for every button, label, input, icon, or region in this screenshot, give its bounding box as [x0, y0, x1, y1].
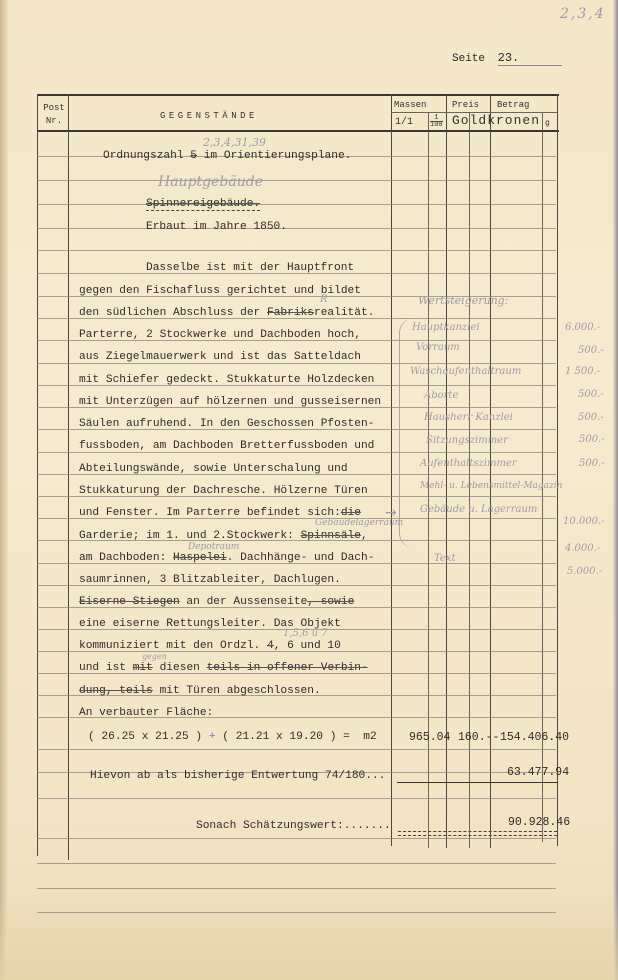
- page-label: Seite: [452, 53, 485, 65]
- preis-value: 160.--: [458, 731, 499, 744]
- pencil-brace: [399, 318, 414, 548]
- plus-sign: +: [209, 731, 216, 743]
- building-name: Spinnereigebäude.: [146, 198, 260, 210]
- header-post-nr: Post Nr.: [41, 102, 67, 128]
- pencil-item-value: 500.-: [578, 345, 604, 356]
- deduction-label: Hievon ab als bisherige Entwertung 74/18…: [90, 770, 385, 782]
- building-pencil-note: Hauptgebäude: [158, 174, 263, 190]
- header-preis: Preis: [452, 100, 479, 110]
- total-double-underline: [398, 831, 557, 836]
- paragraph-line: mit Schiefer gedeckt. Stukkaturte Holzde…: [79, 374, 374, 386]
- pencil-item-label: Text: [434, 553, 455, 564]
- table-header-border: [37, 130, 559, 132]
- table-top-border: [37, 94, 559, 96]
- paragraph-line: aus Ziegelmauerwerk und ist das Sattelda…: [79, 351, 361, 363]
- paragraph-line: mit Unterzügen auf hölzernen und gusseis…: [79, 396, 381, 408]
- area-formula: ( 26.25 x 21.25 ) + ( 21.21 x 19.20 ) = …: [88, 731, 377, 743]
- ordnungszahl-line: Ordnungszahl 5 im Orientierungsplane.: [103, 150, 351, 162]
- paragraph-line: kommuniziert mit den Ordzl. 4, 6 und 10: [79, 640, 341, 652]
- depot-pencil-note: Depotraum: [188, 542, 239, 552]
- pencil-item-label: Vorraum: [416, 342, 460, 353]
- pencil-item-value: 500.-: [578, 412, 604, 423]
- pencil-item-label: Aborte: [424, 390, 458, 401]
- masse-value: 965.04: [409, 731, 450, 744]
- deduction-underline: [397, 782, 557, 783]
- pencil-item-label: Waschaufenthaltraum: [410, 366, 521, 377]
- paragraph-line: am Dachboden: Haspelei. Dachhänge- und D…: [79, 552, 374, 564]
- pencil-item-label: Gebäude u. Lagerraum: [420, 504, 537, 515]
- paragraph-line: Abteilungswände, sowie Unterschalung und: [79, 463, 348, 475]
- gegen-pencil-note: gegen: [142, 652, 167, 661]
- paragraph-line: und ist mit diesen teils in offener Verb…: [79, 662, 368, 674]
- pencil-heading: Wertsteigerung:: [418, 294, 508, 307]
- table-left-border: [37, 94, 38, 856]
- pencil-item-value: 5.000.-: [567, 566, 602, 577]
- pencil-arrow-icon: →: [385, 505, 397, 521]
- pencil-item-label: Aufenthaltszimmer: [420, 458, 517, 469]
- pencil-item-label: Mehl- u. Lebensmittel-Magazin: [420, 481, 562, 491]
- total-value: 90.928.46: [508, 816, 570, 829]
- ordnungszahl-pencil-note: 2,3,4,31,39: [203, 136, 266, 149]
- pencil-item-label: Hauptkanzlei: [412, 322, 480, 333]
- pencil-item-value: 6.000.-: [565, 322, 600, 333]
- page-number-value: 23.: [498, 51, 562, 66]
- paragraph-line: Garderie; im 1. und 2.Stockwerk: Spinnsä…: [79, 530, 368, 542]
- pencil-item-value: 500.-: [578, 389, 604, 400]
- pencil-item-value: 500.-: [579, 458, 605, 469]
- page-number: Seite 23.: [452, 51, 562, 66]
- header-unit-fraction: 1 100: [430, 115, 443, 128]
- paragraph-line: gegen den Fischafluss gerichtet und bild…: [79, 285, 361, 297]
- header-currency: Goldkronen: [452, 113, 540, 128]
- post-column-divider: [68, 94, 69, 860]
- paper-stain: [0, 890, 618, 980]
- pencil-item-label: Sitzungszimmer: [426, 435, 508, 446]
- masse-column-divider: [391, 94, 392, 846]
- paragraph-line: dung, teils mit Türen abgeschlossen.: [79, 685, 321, 697]
- header-unit-whole: 1/1: [395, 117, 413, 128]
- ordzl-pencil-note: 1,5,6 u 7: [283, 628, 328, 639]
- pencil-item-value: 4.000.-: [565, 543, 600, 554]
- paragraph-line: Säulen aufruhend. In den Geschossen Pfos…: [79, 418, 374, 430]
- paragraph-line: Dasselbe ist mit der Hauptfront: [146, 262, 354, 274]
- pencil-item-value: 1 500.-: [565, 366, 600, 377]
- total-label: Sonach Schätzungswert:.......: [196, 820, 391, 832]
- deduction-value: 63.477.94: [507, 766, 569, 779]
- built-year: Erbaut im Jahre 1850.: [146, 221, 287, 233]
- paragraph-line: Parterre, 2 Stockwerke und Dachboden hoc…: [79, 329, 361, 341]
- page-edge-right: [613, 0, 618, 980]
- betrag-value: 154.406.40: [500, 731, 569, 744]
- page-edge-left: [0, 0, 8, 980]
- paragraph-line: Stukkaturung der Dachresche. Hölzerne Tü…: [79, 485, 368, 497]
- paragraph-line: Eiserne Stiegen an der Aussenseite, sowi…: [79, 596, 354, 608]
- paragraph-line: fussboden, am Dachboden Bretterfussboden…: [79, 440, 374, 452]
- corner-pencil-note: 2,3,4: [560, 6, 606, 22]
- paragraph-line: An verbauter Fläche:: [79, 707, 213, 719]
- ordnungszahl-value: 5: [190, 150, 197, 162]
- header-currency-sub: g: [545, 119, 550, 128]
- correction-pencil-note: R: [320, 294, 328, 305]
- pencil-item-label: Hausherr Kanzlei: [424, 412, 513, 423]
- header-betrag: Betrag: [497, 100, 529, 110]
- paragraph-line: den südlichen Abschluss der Fabriksreali…: [79, 307, 374, 319]
- header-gegenstaende: GEGENSTÄNDE: [160, 111, 258, 121]
- pencil-item-value: 10.000.-: [563, 516, 605, 527]
- paragraph-line: saumrinnen, 3 Blitzableiter, Dachlugen.: [79, 574, 341, 586]
- pencil-item-value: 500.-: [579, 434, 605, 445]
- header-masse: Massen: [394, 100, 426, 110]
